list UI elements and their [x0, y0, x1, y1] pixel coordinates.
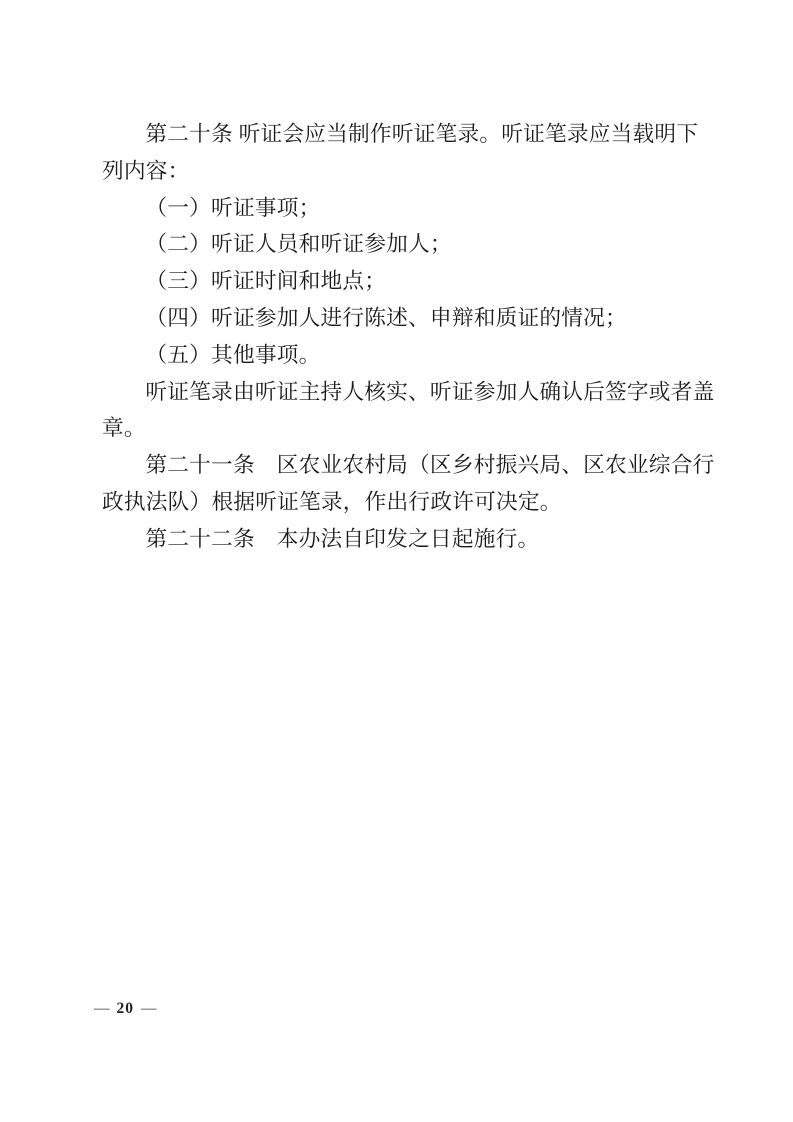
document-line: 第二十二条 本办法自印发之日起施行。 [102, 521, 742, 558]
document-line: 听证笔录由听证主持人核实、听证参加人确认后签字或者盖 [102, 374, 742, 411]
document-line: 政执法队）根据听证笔录，作出行政许可决定。 [102, 484, 742, 521]
document-line: 第二十条 听证会应当制作听证笔录。听证笔录应当载明下 [102, 116, 742, 153]
document-body: 第二十条 听证会应当制作听证笔录。听证笔录应当载明下列内容：（一）听证事项；（二… [102, 116, 742, 558]
document-page: 第二十条 听证会应当制作听证笔录。听证笔录应当载明下列内容：（一）听证事项；（二… [0, 0, 793, 1122]
document-line: （五）其他事项。 [102, 337, 742, 374]
document-line: （四）听证参加人进行陈述、申辩和质证的情况； [102, 300, 742, 337]
document-line: （三）听证时间和地点； [102, 263, 742, 300]
page-footer: —20— [94, 998, 157, 1020]
document-line: 章。 [102, 410, 742, 447]
document-line: 第二十一条 区农业农村局（区乡村振兴局、区农业综合行 [102, 447, 742, 484]
document-line: （二）听证人员和听证参加人； [102, 226, 742, 263]
page-number: 20 [117, 1000, 135, 1017]
footer-dash-right: — [141, 1000, 157, 1017]
footer-dash-left: — [94, 1000, 110, 1017]
document-line: 列内容： [102, 153, 742, 190]
document-line: （一）听证事项； [102, 190, 742, 227]
